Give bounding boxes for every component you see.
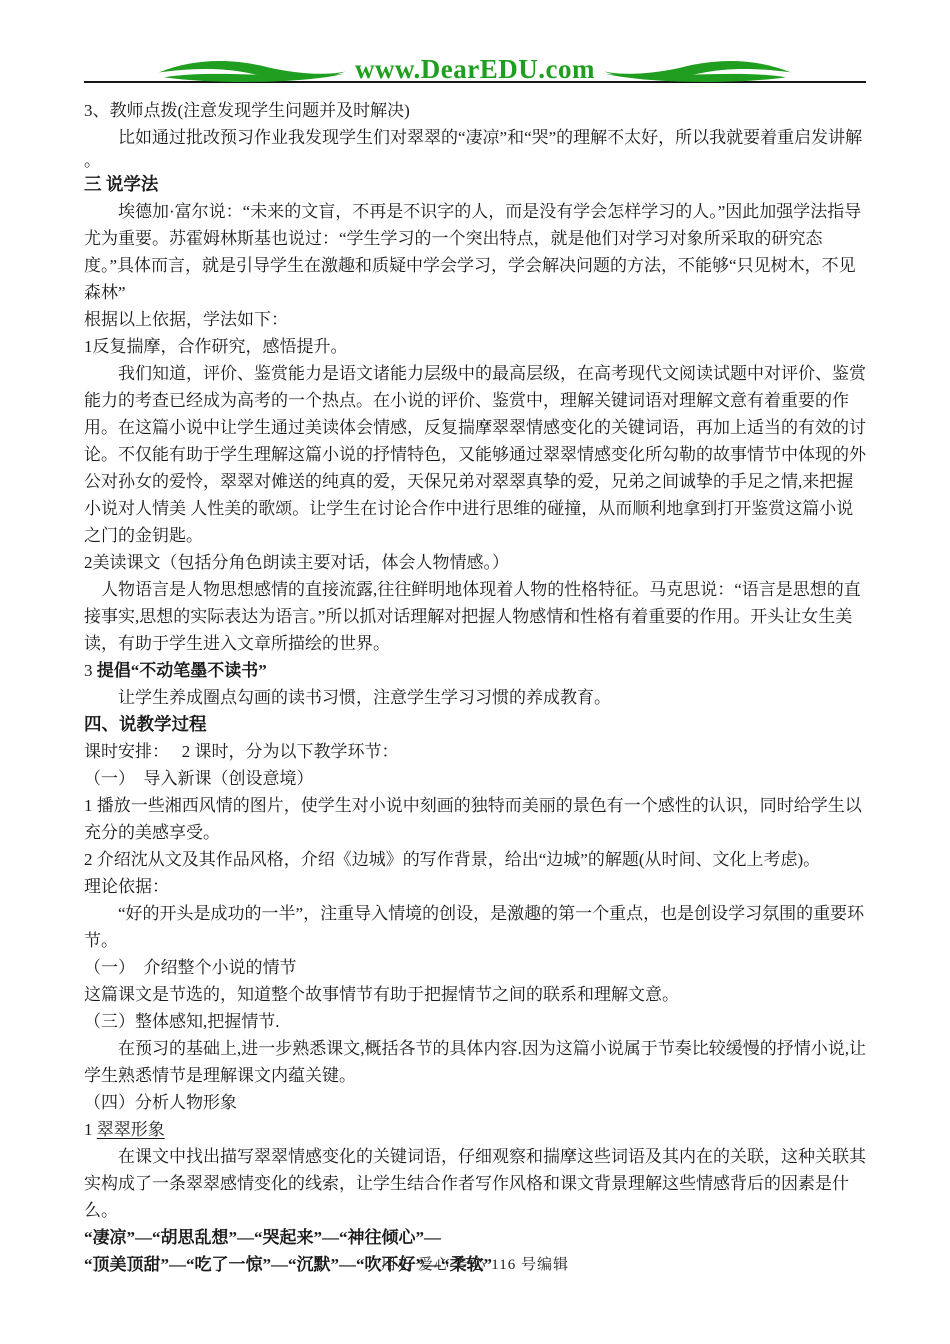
cuicui-title-text: 翠翠形象 — [97, 1120, 165, 1139]
paragraph-teacher-tip-detail: 比如通过批改预习作业我发现学生们对翠翠的“凄凉”和“哭”的理解不太好，所以我就要… — [84, 124, 866, 151]
paragraph-schedule: 课时安排： 2 课时，分为以下教学环节： — [84, 738, 866, 765]
paragraph-step3-title: （三）整体感知,把握情节. — [84, 1008, 866, 1035]
paragraph-study-method-intro: 埃德加·富尔说：“未来的文盲，不再是不识字的人，而是没有学会怎样学习的人。”因此… — [84, 198, 866, 306]
paragraph-cuicui-detail: 在课文中找出描写翠翠情感变化的关键词语，仔细观察和揣摩这些词语及其内在的关联，这… — [84, 1143, 866, 1224]
paragraph-teacher-tip: 3、教师点拨(注意发现学生问题并及时解决) — [84, 97, 866, 124]
paragraph-step3-detail: 在预习的基础上,进一步熟悉课文,概括各节的具体内容.因为这篇小说属于节奏比较缓慢… — [84, 1035, 866, 1089]
paragraph-step2-title: （一） 介绍整个小说的情节 — [84, 954, 866, 981]
paragraph-method2-detail: 人物语言是人物思想感情的直接流露,往往鲜明地体现着人物的性格特征。马克思说：“语… — [84, 576, 866, 657]
logo-swoosh-left-icon — [154, 54, 349, 84]
paragraph-stray-period: 。 — [84, 151, 866, 171]
paragraph-cuicui-heading: 1 翠翠形象 — [84, 1116, 866, 1143]
document-page: www.DearEDU.com 3、教师点拨(注意发现学生问题并及时解决) 比如… — [0, 0, 950, 1344]
paragraph-theory-detail: “好的开头是成功的一半”，注重导入情境的创设，是激趣的第一个重点，也是创设学习氛… — [84, 900, 866, 954]
method3-title-text: 提倡“不动笔墨不读书” — [97, 661, 267, 680]
paragraph-method3-title: 3 提倡“不动笔墨不读书” — [84, 657, 866, 684]
paragraph-step1-item1: 1 播放一些湘西风情的图片，使学生对小说中刻画的独特而美丽的景色有一个感性的认识… — [84, 792, 866, 846]
logo-text: www.DearEDU.com — [349, 56, 601, 83]
logo-swoosh-right-icon — [601, 54, 796, 84]
paragraph-basis-line: 根据以上依据，学法如下： — [84, 306, 866, 333]
paragraph-step2-detail: 这篇课文是节选的，知道整个故事情节有助于把握情节之间的联系和理解文意。 — [84, 981, 866, 1008]
section-heading-study-method: 三 说学法 — [84, 171, 866, 198]
paragraph-step1-item2: 2 介绍沈从文及其作品风格，介绍《边城》的写作背景，给出“边城”的解题(从时间、… — [84, 846, 866, 873]
paragraph-step4-title: （四）分析人物形象 — [84, 1089, 866, 1116]
footer-note: 用心 爱心 专心 116 号编辑 — [0, 1252, 950, 1279]
paragraph-keywords-line1: “凄凉”—“胡思乱想”—“哭起来”—“神往倾心”— — [84, 1224, 866, 1251]
method3-number: 3 — [84, 661, 97, 680]
paragraph-method3-detail: 让学生养成圈点勾画的读书习惯，注意学生学习习惯的养成教育。 — [84, 684, 866, 711]
paragraph-step1-title: （一） 导入新课（创设意境） — [84, 765, 866, 792]
paragraph-method1-detail: 我们知道，评价、鉴赏能力是语文诸能力层级中的最高层级，在高考现代文阅读试题中对评… — [84, 360, 866, 549]
paragraph-method2-title: 2美读课文（包括分角色朗读主要对话，体会人物情感。） — [84, 549, 866, 576]
page-header: www.DearEDU.com — [84, 50, 866, 83]
section-heading-teaching-process: 四、说教学过程 — [84, 711, 866, 738]
cuicui-number: 1 — [84, 1120, 97, 1139]
paragraph-method1-title: 1反复揣摩，合作研究，感悟提升。 — [84, 333, 866, 360]
document-body: 3、教师点拨(注意发现学生问题并及时解决) 比如通过批改预习作业我发现学生们对翠… — [84, 97, 866, 1278]
dearedu-logo: www.DearEDU.com — [84, 50, 866, 88]
paragraph-theory-label: 理论依据： — [84, 873, 866, 900]
